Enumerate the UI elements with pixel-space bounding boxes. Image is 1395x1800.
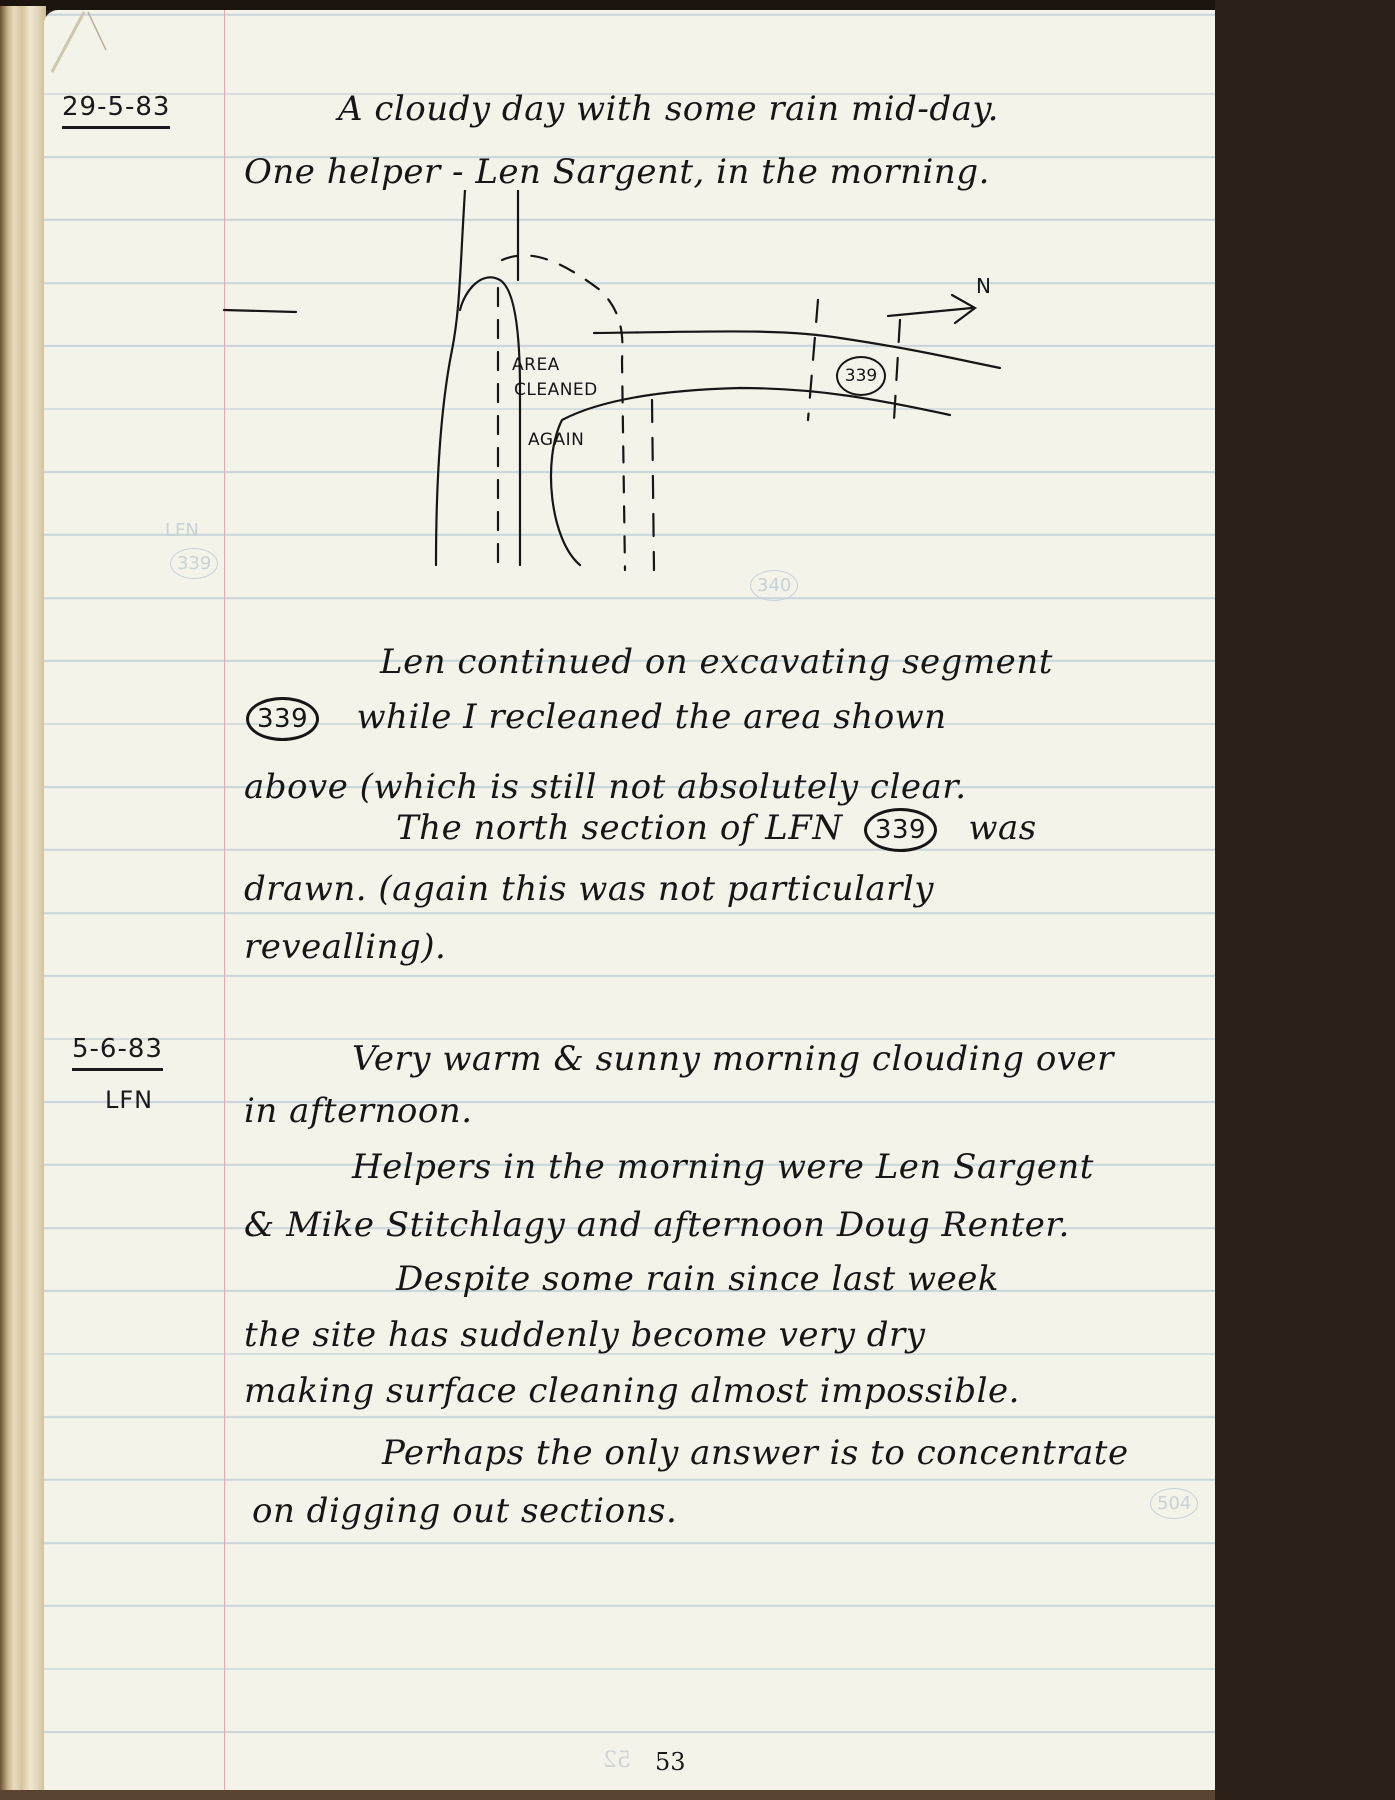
page-number: 53 — [655, 1748, 686, 1776]
north-arrow-label: N — [976, 274, 991, 298]
entry-line: Perhaps the only answer is to concentrat… — [382, 1436, 1129, 1470]
entry-line: Helpers in the morning were Len Sargent — [352, 1150, 1094, 1184]
entry-line: the site has suddenly become very dry — [244, 1318, 926, 1352]
entry-line: Very warm & sunny morning clouding over — [352, 1042, 1114, 1076]
cover-bottom-edge — [0, 1790, 1215, 1800]
site-sketch: AREA CLEANED AGAIN 339 N — [220, 190, 1020, 580]
entry-line: Len continued on excavating segment — [380, 645, 1053, 679]
show-through-page-number: 52 — [603, 1748, 631, 1773]
entry-line: One helper - Len Sargent, in the morning… — [244, 155, 990, 189]
entry-line: & Mike Stitchlagy and afternoon Doug Ren… — [244, 1208, 1070, 1242]
entry-line: A cloudy day with some rain mid-day. — [338, 92, 999, 126]
cover-top-edge — [0, 0, 1215, 10]
entry-line: Despite some rain since last week — [396, 1262, 999, 1296]
entry-line: drawn. (again this was not particularly — [244, 872, 934, 906]
notebook-page-frame: LFN 339 340 504 29-5-83 A cloudy day wit… — [0, 0, 1215, 1800]
notebook-binding — [0, 6, 46, 1796]
entry-date: 5-6-83 — [72, 1034, 163, 1071]
entry-line: making surface cleaning almost impossibl… — [244, 1374, 1020, 1408]
entry-line: revealling). — [244, 930, 446, 964]
show-through-text: 339 — [170, 548, 218, 579]
site-sketch-drawing — [220, 190, 1020, 580]
segment-number-circle: 339 — [246, 697, 319, 741]
entry-line: in afternoon. — [244, 1094, 473, 1128]
sketch-label: AGAIN — [528, 430, 584, 450]
segment-number-circle: 339 — [836, 356, 886, 396]
entry-line: above (which is still not absolutely cle… — [244, 770, 967, 804]
entry-line-text: while I recleaned the area shown — [356, 697, 946, 737]
sketch-label: AREA — [512, 355, 560, 375]
show-through-text: 504 — [1150, 1488, 1198, 1519]
entry-date: 29-5-83 — [62, 92, 170, 129]
entry-line: 339 while I recleaned the area shown — [246, 697, 947, 741]
entry-line-text: The north section of LFN — [396, 808, 843, 848]
corner-fold-icon — [44, 10, 114, 90]
entry-line: on digging out sections. — [252, 1494, 677, 1528]
site-code: LFN — [105, 1086, 153, 1114]
entry-line-text: was — [968, 808, 1036, 848]
segment-number-circle: 339 — [864, 808, 937, 852]
entry-line: The north section of LFN 339 was — [396, 808, 1037, 852]
sketch-label: CLEANED — [514, 380, 598, 400]
show-through-text: LFN — [165, 520, 199, 541]
